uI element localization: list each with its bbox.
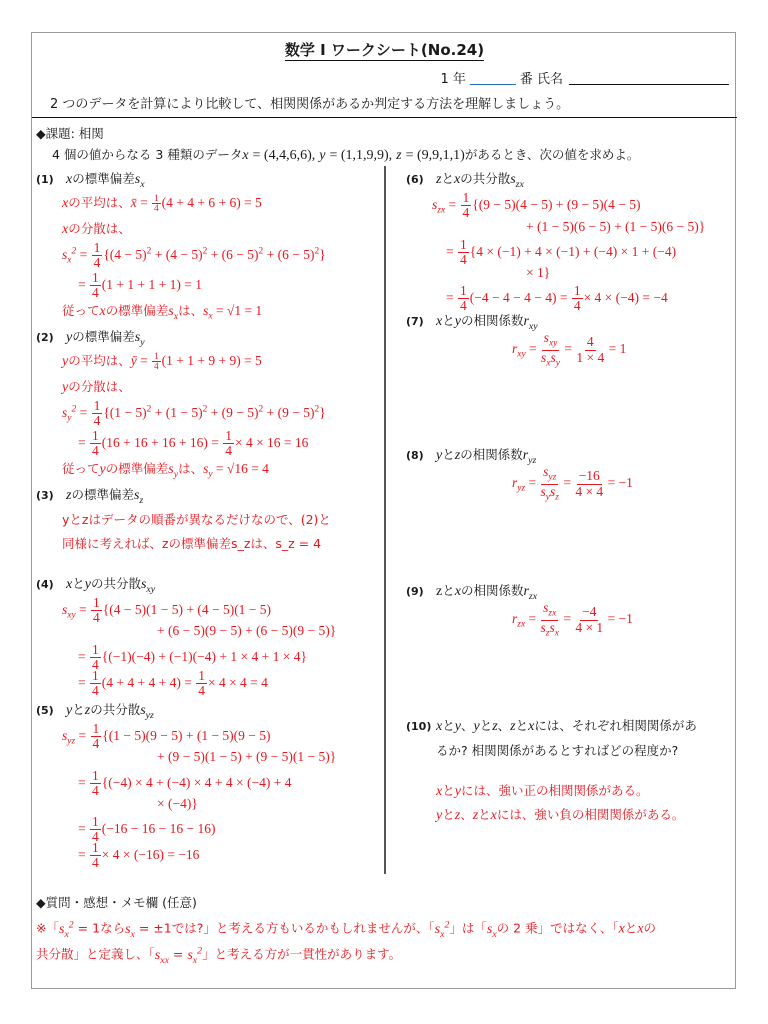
answer-6-line4: × 1} <box>526 265 550 281</box>
answer-2-mean: yの平均は、ȳ = 14(1 + 1 + 9 + 9) = 5 <box>62 351 262 372</box>
answer-1-mean: xの平均は、x̄ = 14(4 + 4 + 6 + 6) = 5 <box>62 193 262 214</box>
answer-2-variance-result: = 14(16 + 16 + 16 + 16) = 14× 4 × 16 = 1… <box>78 429 308 458</box>
problem-statement: 4 個の値からなる 3 種類のデータx = (4,4,6,6), y = (1,… <box>52 145 639 164</box>
answer-7: rxy = sxysxsy = 41 × 4 = 1 <box>512 331 626 369</box>
question-3: (3)zの標準偏差sz <box>36 485 143 506</box>
answer-1-variance: sx2 = 14{(4 − 5)2 + (4 − 5)2 + (6 − 5)2 … <box>62 241 326 270</box>
name-row: 1 年番 氏名 <box>440 68 729 87</box>
answer-2-sd: 従ってyの標準偏差syは、sy = √16 = 4 <box>62 459 269 480</box>
student-name-field[interactable] <box>569 84 729 85</box>
divider <box>32 117 737 118</box>
answer-5-line3: = 14{(−4) × 4 + (−4) × 4 + 4 × (−4) + 4 <box>78 769 291 798</box>
question-8: (8)yとzの相関係数ryz <box>406 445 536 466</box>
answer-6-line3: = 14{4 × (−1) + 4 × (−1) + (−4) × 1 + (−… <box>446 238 676 267</box>
question-7: (7)xとyの相関係数rxy <box>406 311 538 332</box>
answer-4-line2: + (6 − 5)(9 − 5) + (6 − 5)(9 − 5)} <box>157 623 336 639</box>
memo-heading: ◆質問・感想・メモ欄 (任意) <box>36 893 197 911</box>
question-2: (2)yの標準偏差sy <box>36 327 145 348</box>
memo-line2: 共分散」と定義し、「sxx = sx2」と考える方が一貫性があります。 <box>36 939 401 972</box>
class-number-field[interactable] <box>470 84 516 85</box>
question-10-line2: るか? 相関関係があるとすればどの程度か? <box>436 741 678 759</box>
answer-1-variance-result: = 14(1 + 1 + 1 + 1) = 1 <box>78 271 202 300</box>
answer-1-variance-label: xの分散は、 <box>62 219 131 238</box>
question-1: (1)xの標準偏差sx <box>36 169 145 190</box>
intro-text: 2 つのデータを計算により比較して、相関関係があるか判定する方法を理解しましょう… <box>50 93 569 112</box>
answer-4-line1: sxy = 14{(4 − 5)(1 − 5) + (4 − 5)(1 − 5) <box>62 596 271 625</box>
answer-3-line1: yとzはデータの順番が異なるだけなので、(2)と <box>62 510 331 528</box>
answer-5-line4: × (−4)} <box>157 796 198 812</box>
question-10-line1: (10)xとy、yとz、zとxには、それぞれ相関関係があ <box>406 716 697 735</box>
answer-4-line4: = 14(4 + 4 + 4 + 4) = 14× 4 × 4 = 4 <box>78 669 268 698</box>
column-divider <box>384 166 386 874</box>
answer-10-line1: xとyには、強い正の相関関係がある。 <box>436 781 648 800</box>
question-5: (5)yとzの共分散syz <box>36 700 154 721</box>
answer-6-line5: = 14(−4 − 4 − 4 − 4) = 14× 4 × (−4) = −4 <box>446 284 668 313</box>
answer-5-line6: = 14× 4 × (−16) = −16 <box>78 841 199 870</box>
answer-6-line2: + (1 − 5)(6 − 5) + (1 − 5)(6 − 5)} <box>526 219 705 235</box>
answer-4-line3: = 14{(−1)(−4) + (−1)(−4) + 1 × 4 + 1 × 4… <box>78 643 307 672</box>
answer-8: ryz = syzsysz = −164 × 4 = −1 <box>512 465 633 503</box>
task-heading: ◆課題: 相関 <box>36 124 104 142</box>
answer-1-sd: 従ってxの標準偏差sxは、sx = √1 = 1 <box>62 301 262 322</box>
answer-3-line2: 同様に考えれば、zの標準偏差s_zは、s_z = 4 <box>62 534 321 552</box>
answer-6-line1: szx = 14{(9 − 5)(4 − 5) + (9 − 5)(4 − 5) <box>432 191 641 220</box>
worksheet-title: 数学 I ワークシート(No.24) <box>32 39 737 60</box>
answer-9: rzx = szxszsx = −44 × 1 = −1 <box>512 601 633 639</box>
answer-2-variance-label: yの分散は、 <box>62 377 131 396</box>
answer-5-line2: + (9 − 5)(1 − 5) + (9 − 5)(1 − 5)} <box>157 749 336 765</box>
question-4: (4)xとyの共分散sxy <box>36 574 155 595</box>
number-name-label: 番 氏名 <box>520 72 563 87</box>
worksheet: 数学 I ワークシート(No.24) 1 年番 氏名 2 つのデータを計算により… <box>31 32 736 989</box>
answer-10-line2: yとz、zとxには、強い負の相関関係がある。 <box>436 805 684 824</box>
question-9: (9)zとxの相関係数rzx <box>406 581 537 602</box>
grade-label: 1 年 <box>440 72 465 87</box>
answer-5-line1: syz = 14{(1 − 5)(9 − 5) + (1 − 5)(9 − 5) <box>62 722 271 751</box>
question-6: (6)zとxの共分散szx <box>406 169 524 190</box>
answer-2-variance: sy2 = 14{(1 − 5)2 + (1 − 5)2 + (9 − 5)2 … <box>62 399 326 428</box>
